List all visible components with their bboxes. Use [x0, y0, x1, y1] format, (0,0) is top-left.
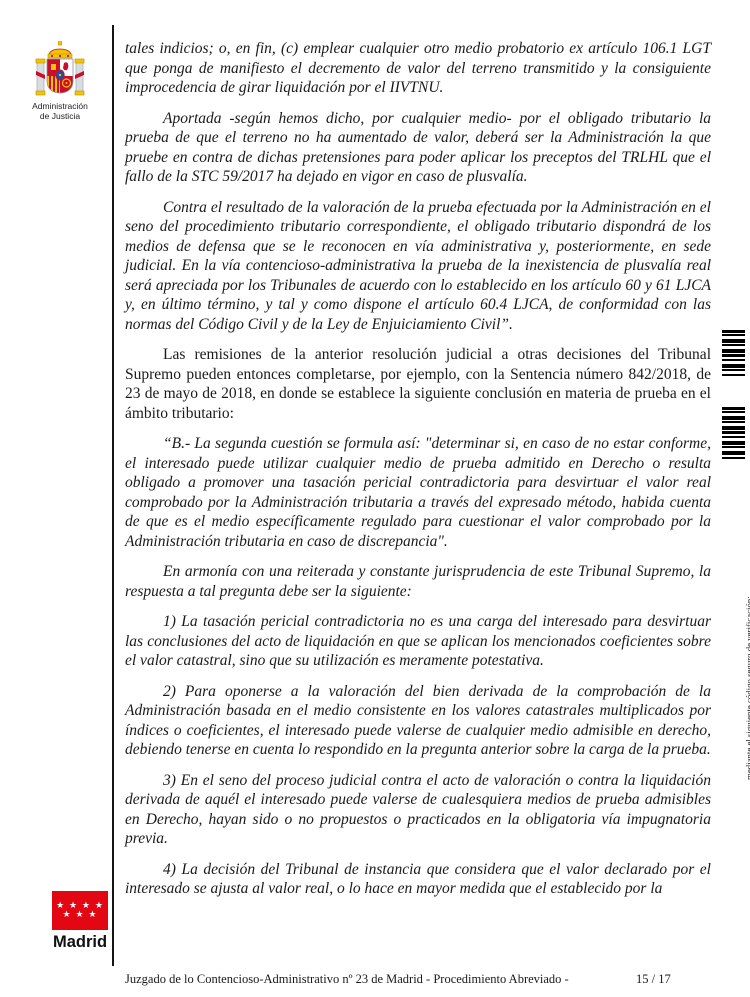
document-paragraph: Aportada -según hemos dicho, por cualqui…: [125, 109, 711, 187]
madrid-wordmark: Madrid: [52, 932, 108, 952]
madrid-logo: ★ ★ ★ ★ ★ ★ ★ Madrid: [52, 891, 108, 952]
document-paragraph: 1) La tasación pericial contradictoria n…: [125, 612, 711, 671]
footer-page-number: 15 / 17: [636, 972, 671, 987]
justice-administration-label: Administración de Justicia: [8, 101, 112, 121]
document-paragraph: Las remisiones de la anterior resolución…: [125, 345, 711, 423]
verification-line-inner: mediante el siguiente código seguro de v…: [744, 480, 750, 780]
star-icon-row-bottom: ★ ★ ★: [63, 911, 98, 920]
document-body: tales indicios; o, en fin, (c) emplear c…: [125, 39, 711, 910]
document-paragraph: 2) Para oponerse a la valoración del bie…: [125, 682, 711, 760]
document-paragraph: “B.- La segunda cuestión se formula así:…: [125, 434, 711, 551]
document-paragraph: 4) La decisión del Tribunal de instancia…: [125, 860, 711, 899]
document-paragraph: Contra el resultado de la valoración de …: [125, 198, 711, 335]
document-paragraph: En armonía con una reiterada y constante…: [125, 562, 711, 601]
justice-label-line2: de Justicia: [8, 111, 112, 121]
justice-label-line1: Administración: [8, 101, 112, 111]
footer-court-name: Juzgado de lo Contencioso-Administrativo…: [125, 972, 569, 987]
barcode: [722, 330, 745, 376]
barcode: [722, 407, 745, 459]
madrid-flag-icon: ★ ★ ★ ★ ★ ★ ★: [52, 891, 108, 930]
verification-vertical-text: mediante el siguiente código seguro de v…: [721, 480, 745, 780]
spain-coat-of-arms-icon: [35, 41, 85, 101]
document-paragraph: tales indicios; o, en fin, (c) emplear c…: [125, 39, 711, 98]
document-paragraph: 3) En el seno del proceso judicial contr…: [125, 771, 711, 849]
margin-divider-line: [112, 25, 114, 966]
